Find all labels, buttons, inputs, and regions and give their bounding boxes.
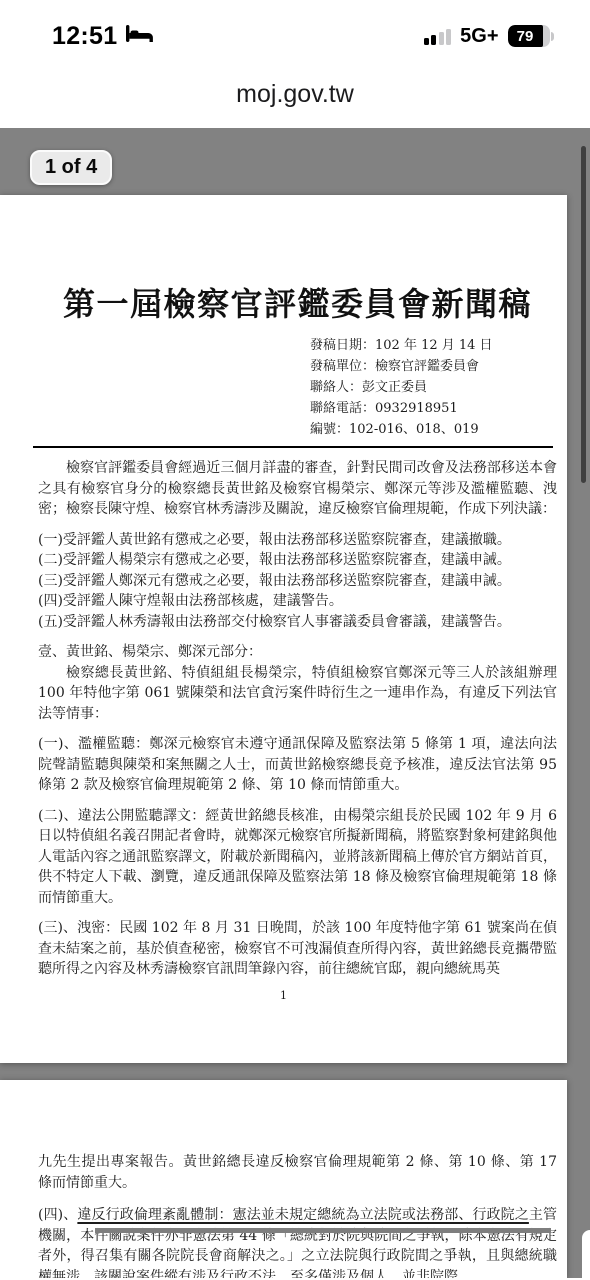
battery-percent: 79: [508, 25, 543, 47]
page-indicator-badge: 1 of 4: [30, 150, 112, 185]
charge-item-1: (一)、濫權監聽：鄭深元檢察官未遵守通訊保障及監察法第 5 條第 1 項，違法向…: [38, 734, 557, 796]
intro-paragraph: 檢察官評鑑委員會經過近三個月詳盡的審查，針對民間司改會及法務部移送本會之具有檢察…: [38, 458, 557, 520]
resolution-item-5: (五)受評鑑人林秀濤報由法務部交付檢察官人事審議委員會審議，建議警告。: [38, 612, 557, 633]
browser-address-bar[interactable]: moj.gov.tw: [0, 60, 590, 128]
resolution-item-3: (三)受評鑑人鄭深元有懲戒之必要，報由法務部移送監察院審查，建議申誡。: [38, 571, 557, 592]
section-intro: 檢察總長黃世銘、特偵組組長楊榮宗，特偵組檢察官鄭深元等三人於該組辦理 100 年…: [38, 663, 557, 725]
header-divider: [33, 446, 553, 448]
charge-item-2: (二)、違法公開監聽譯文：經黃世銘總長核准，由楊榮宗組長於民國 102 年 9 …: [38, 806, 557, 909]
status-right: 5G+ 79: [424, 25, 554, 48]
meta-unit: 發稿單位：檢察官評鑑委員會: [310, 356, 557, 377]
resolution-item-1: (一)受評鑑人黃世銘有懲戒之必要，報由法務部移送監察院審查，建議撤職。: [38, 530, 557, 551]
resolution-item-2: (二)受評鑑人楊榮宗有懲戒之必要，報由法務部移送監察院審查，建議申誡。: [38, 550, 557, 571]
meta-contact: 聯絡人：彭文正委員: [310, 377, 557, 398]
meta-date: 發稿日期：102 年 12 月 14 日: [310, 335, 557, 356]
clock: 12:51: [52, 22, 117, 51]
meta-number: 編號：102-016、018、019: [310, 419, 557, 440]
document-title: 第一屆檢察官評鑑委員會新聞稿: [38, 279, 557, 325]
charge-item-4-underlined: 違反行政倫理紊亂體制：憲法並未規定總統為立法院或法務部、行政院之: [77, 1207, 529, 1223]
cellular-signal-icon: [424, 28, 452, 45]
resolution-item-4: (四)受評鑑人陳守煌報由法務部核處，建議警告。: [38, 591, 557, 612]
battery-icon: 79: [508, 25, 555, 47]
page-number: 1: [0, 989, 567, 1002]
press-release-meta: 發稿日期：102 年 12 月 14 日 發稿單位：檢察官評鑑委員會 聯絡人：彭…: [310, 335, 557, 440]
charge-item-4: (四)、違反行政倫理紊亂體制：憲法並未規定總統為立法院或法務部、行政院之主管機關…: [38, 1205, 557, 1278]
continuation-paragraph: 九先生提出專案報告。黃世銘總長違反檢察官倫理規範第 2 條、第 10 條、第 1…: [38, 1152, 557, 1193]
charge-item-4-prefix: (四)、: [38, 1207, 77, 1223]
site-domain[interactable]: moj.gov.tw: [236, 80, 354, 109]
charge-item-3: (三)、洩密：民國 102 年 8 月 31 日晚間，於該 100 年度特他字第…: [38, 918, 557, 980]
section-heading: 壹、黃世銘、楊榮宗、鄭深元部分：: [38, 642, 557, 663]
pdf-page-1: 第一屆檢察官評鑑委員會新聞稿 發稿日期：102 年 12 月 14 日 發稿單位…: [0, 195, 567, 1063]
pdf-page-2: 九先生提出專案報告。黃世銘總長違反檢察官倫理規範第 2 條、第 10 條、第 1…: [0, 1080, 567, 1278]
status-left: 12:51: [52, 22, 153, 51]
pdf-viewer: 1 of 4 第一屆檢察官評鑑委員會新聞稿 發稿日期：102 年 12 月 14…: [0, 128, 590, 1278]
bed-icon: [126, 24, 153, 48]
floating-button-peek[interactable]: [582, 1230, 590, 1278]
meta-phone: 聯絡電話：0932918951: [310, 398, 557, 419]
network-type-label: 5G+: [460, 25, 498, 48]
highlight-bar: [95, 1228, 551, 1233]
scrollbar-thumb[interactable]: [581, 146, 586, 483]
status-bar: 12:51 5G+ 79: [0, 0, 590, 60]
